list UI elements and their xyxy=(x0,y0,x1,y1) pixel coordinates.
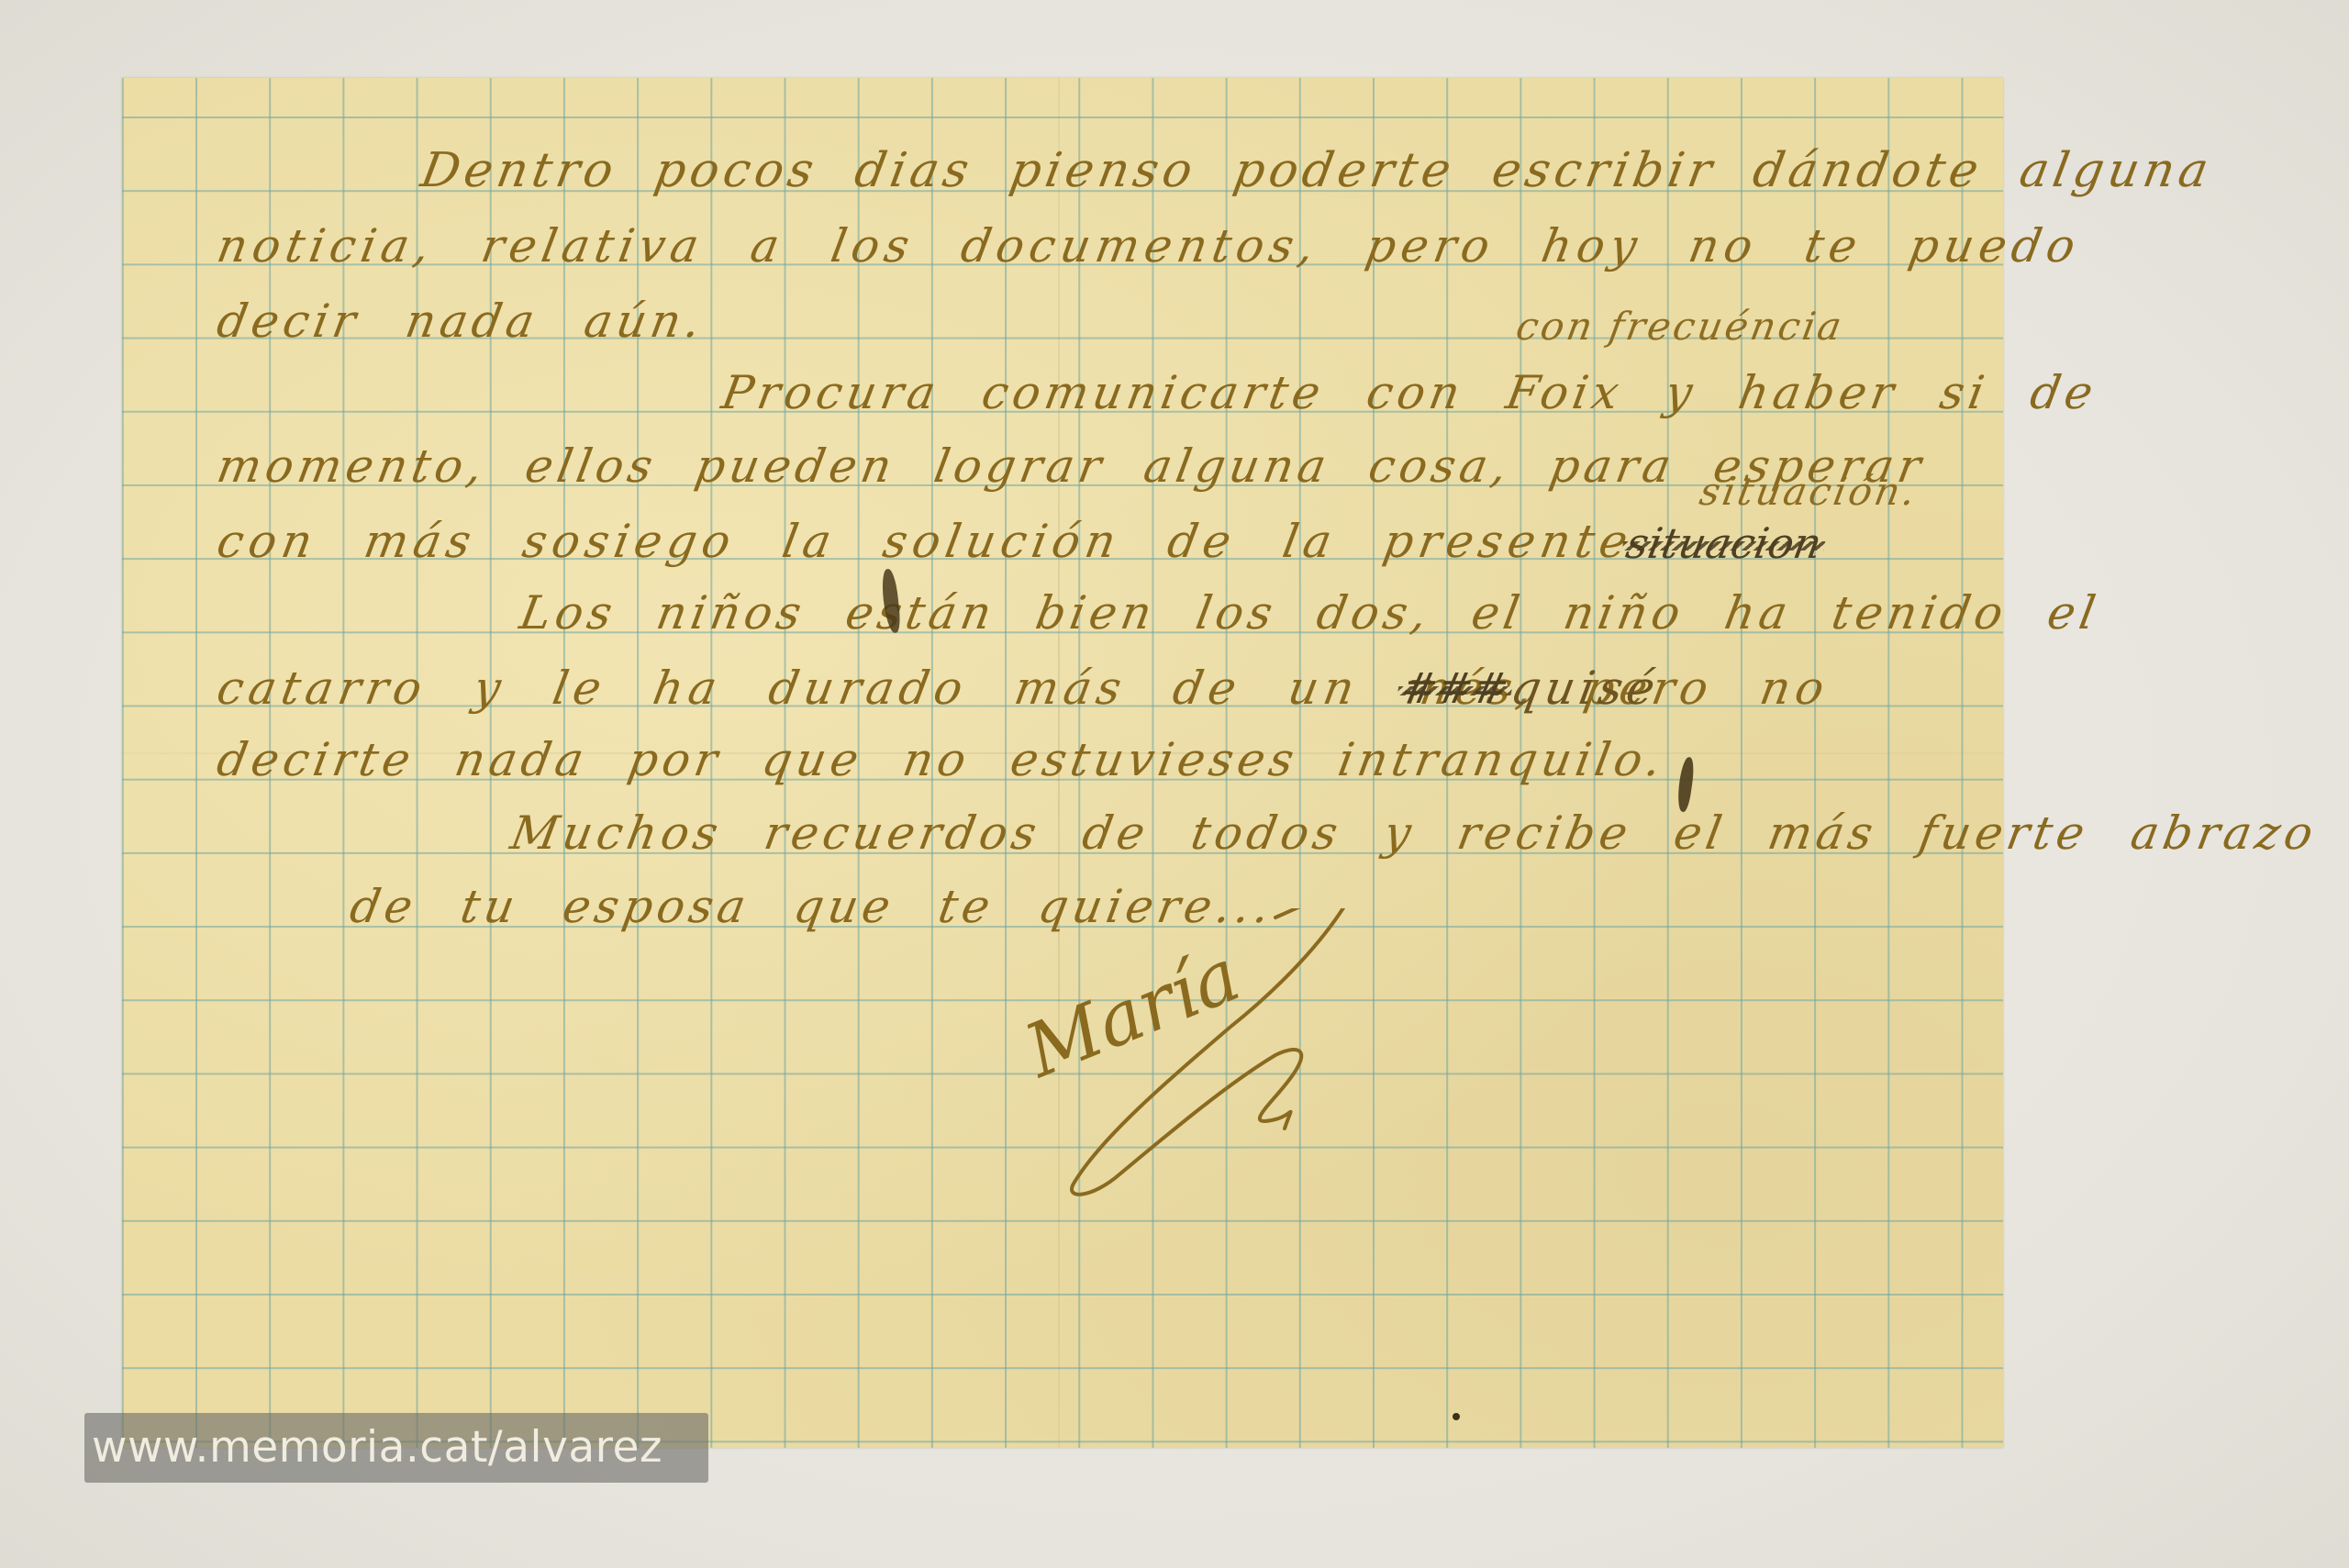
corrected-word: quisé xyxy=(1508,665,1663,711)
letter-line: decir nada aún. xyxy=(214,298,708,344)
letter-line: Muchos recuerdos de todos y recibe el má… xyxy=(507,810,2321,856)
watermark: www.memoria.cat/alvarez xyxy=(84,1413,708,1483)
insertion-text: situación. xyxy=(1697,473,1920,511)
letter-line: con más sosiego la solución de la presen… xyxy=(214,518,1636,564)
signature: María xyxy=(1000,908,1386,1239)
signature-stroke xyxy=(1275,908,1358,917)
ink-blot xyxy=(1675,756,1696,812)
letter-line: Dentro pocos dias pienso poderte escribi… xyxy=(417,147,2216,195)
letter-line: noticia, relativa a los documentos, pero… xyxy=(214,223,2084,269)
letter-line: decirte nada por que no estuvieses intra… xyxy=(214,737,1669,783)
insertion-text: con frecuéncia xyxy=(1513,307,1847,346)
struck-out-word: situacion xyxy=(1623,522,1825,564)
letter-sheet: Dentro pocos dias pienso poderte escribi… xyxy=(122,78,2003,1448)
letter-line: Los niños están bien los dos, el niño ha… xyxy=(517,590,2103,636)
struck-out-word: ### xyxy=(1398,667,1512,709)
letter-line: momento, ellos pueden lograr alguna cosa… xyxy=(214,443,1929,489)
ink-dot xyxy=(1453,1413,1460,1420)
signature-name: María xyxy=(1012,932,1251,1095)
letter-line: Procura comunicarte con Foix y haber si … xyxy=(718,370,2101,416)
